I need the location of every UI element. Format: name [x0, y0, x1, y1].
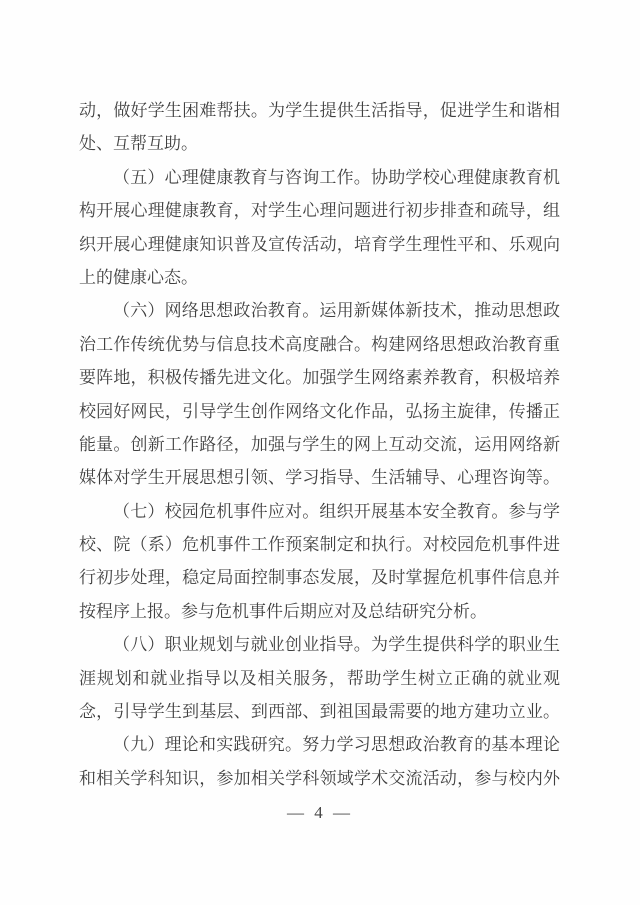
text-line: （六）网络思想政治教育。运用新媒体新技术，推动思想政 [79, 294, 560, 327]
text-line: 治工作传统优势与信息技术高度融合。构建网络思想政治教育重 [79, 328, 560, 361]
text-line: （九）理论和实践研究。努力学习思想政治教育的基本理论 [79, 728, 560, 761]
text-line: 校园好网民，引导学生创作网络文化作品，弘扬主旋律，传播正 [79, 395, 560, 428]
text-line: 涯规划和就业指导以及相关服务，帮助学生树立正确的就业观 [79, 662, 560, 695]
text-line: 处、互帮互助。 [79, 127, 560, 160]
text-line: 按程序上报。参与危机事件后期应对及总结研究分析。 [79, 595, 560, 628]
text-line: 动，做好学生困难帮扶。为学生提供生活指导，促进学生和谐相 [79, 94, 560, 127]
text-line: 织开展心理健康知识普及宣传活动，培育学生理性平和、乐观向 [79, 228, 560, 261]
text-line: 念，引导学生到基层、到西部、到祖国最需要的地方建功立业。 [79, 695, 560, 728]
text-line: 媒体对学生开展思想引领、学习指导、生活辅导、心理咨询等。 [79, 461, 560, 494]
text-line: 上的健康心态。 [79, 261, 560, 294]
text-line: 校、院（系）危机事件工作预案制定和执行。对校园危机事件进 [79, 528, 560, 561]
document-page: 动，做好学生困难帮扶。为学生提供生活指导，促进学生和谐相 处、互帮互助。 （五）… [0, 0, 640, 905]
text-line: 和相关学科知识，参加相关学科领域学术交流活动，参与校内外 [79, 762, 560, 795]
text-line: 构开展心理健康教育，对学生心理问题进行初步排查和疏导，组 [79, 194, 560, 227]
text-line: （八）职业规划与就业创业指导。为学生提供科学的职业生 [79, 628, 560, 661]
text-line: （七）校园危机事件应对。组织开展基本安全教育。参与学 [79, 495, 560, 528]
text-line: 要阵地，积极传播先进文化。加强学生网络素养教育，积极培养 [79, 361, 560, 394]
text-line: 行初步处理，稳定局面控制事态发展，及时掌握危机事件信息并 [79, 561, 560, 594]
page-number: — 4 — [0, 799, 640, 827]
text-line: （五）心理健康教育与咨询工作。协助学校心理健康教育机 [79, 161, 560, 194]
document-body: 动，做好学生困难帮扶。为学生提供生活指导，促进学生和谐相 处、互帮互助。 （五）… [79, 94, 560, 795]
text-line: 能量。创新工作路径，加强与学生的网上互动交流，运用网络新 [79, 428, 560, 461]
